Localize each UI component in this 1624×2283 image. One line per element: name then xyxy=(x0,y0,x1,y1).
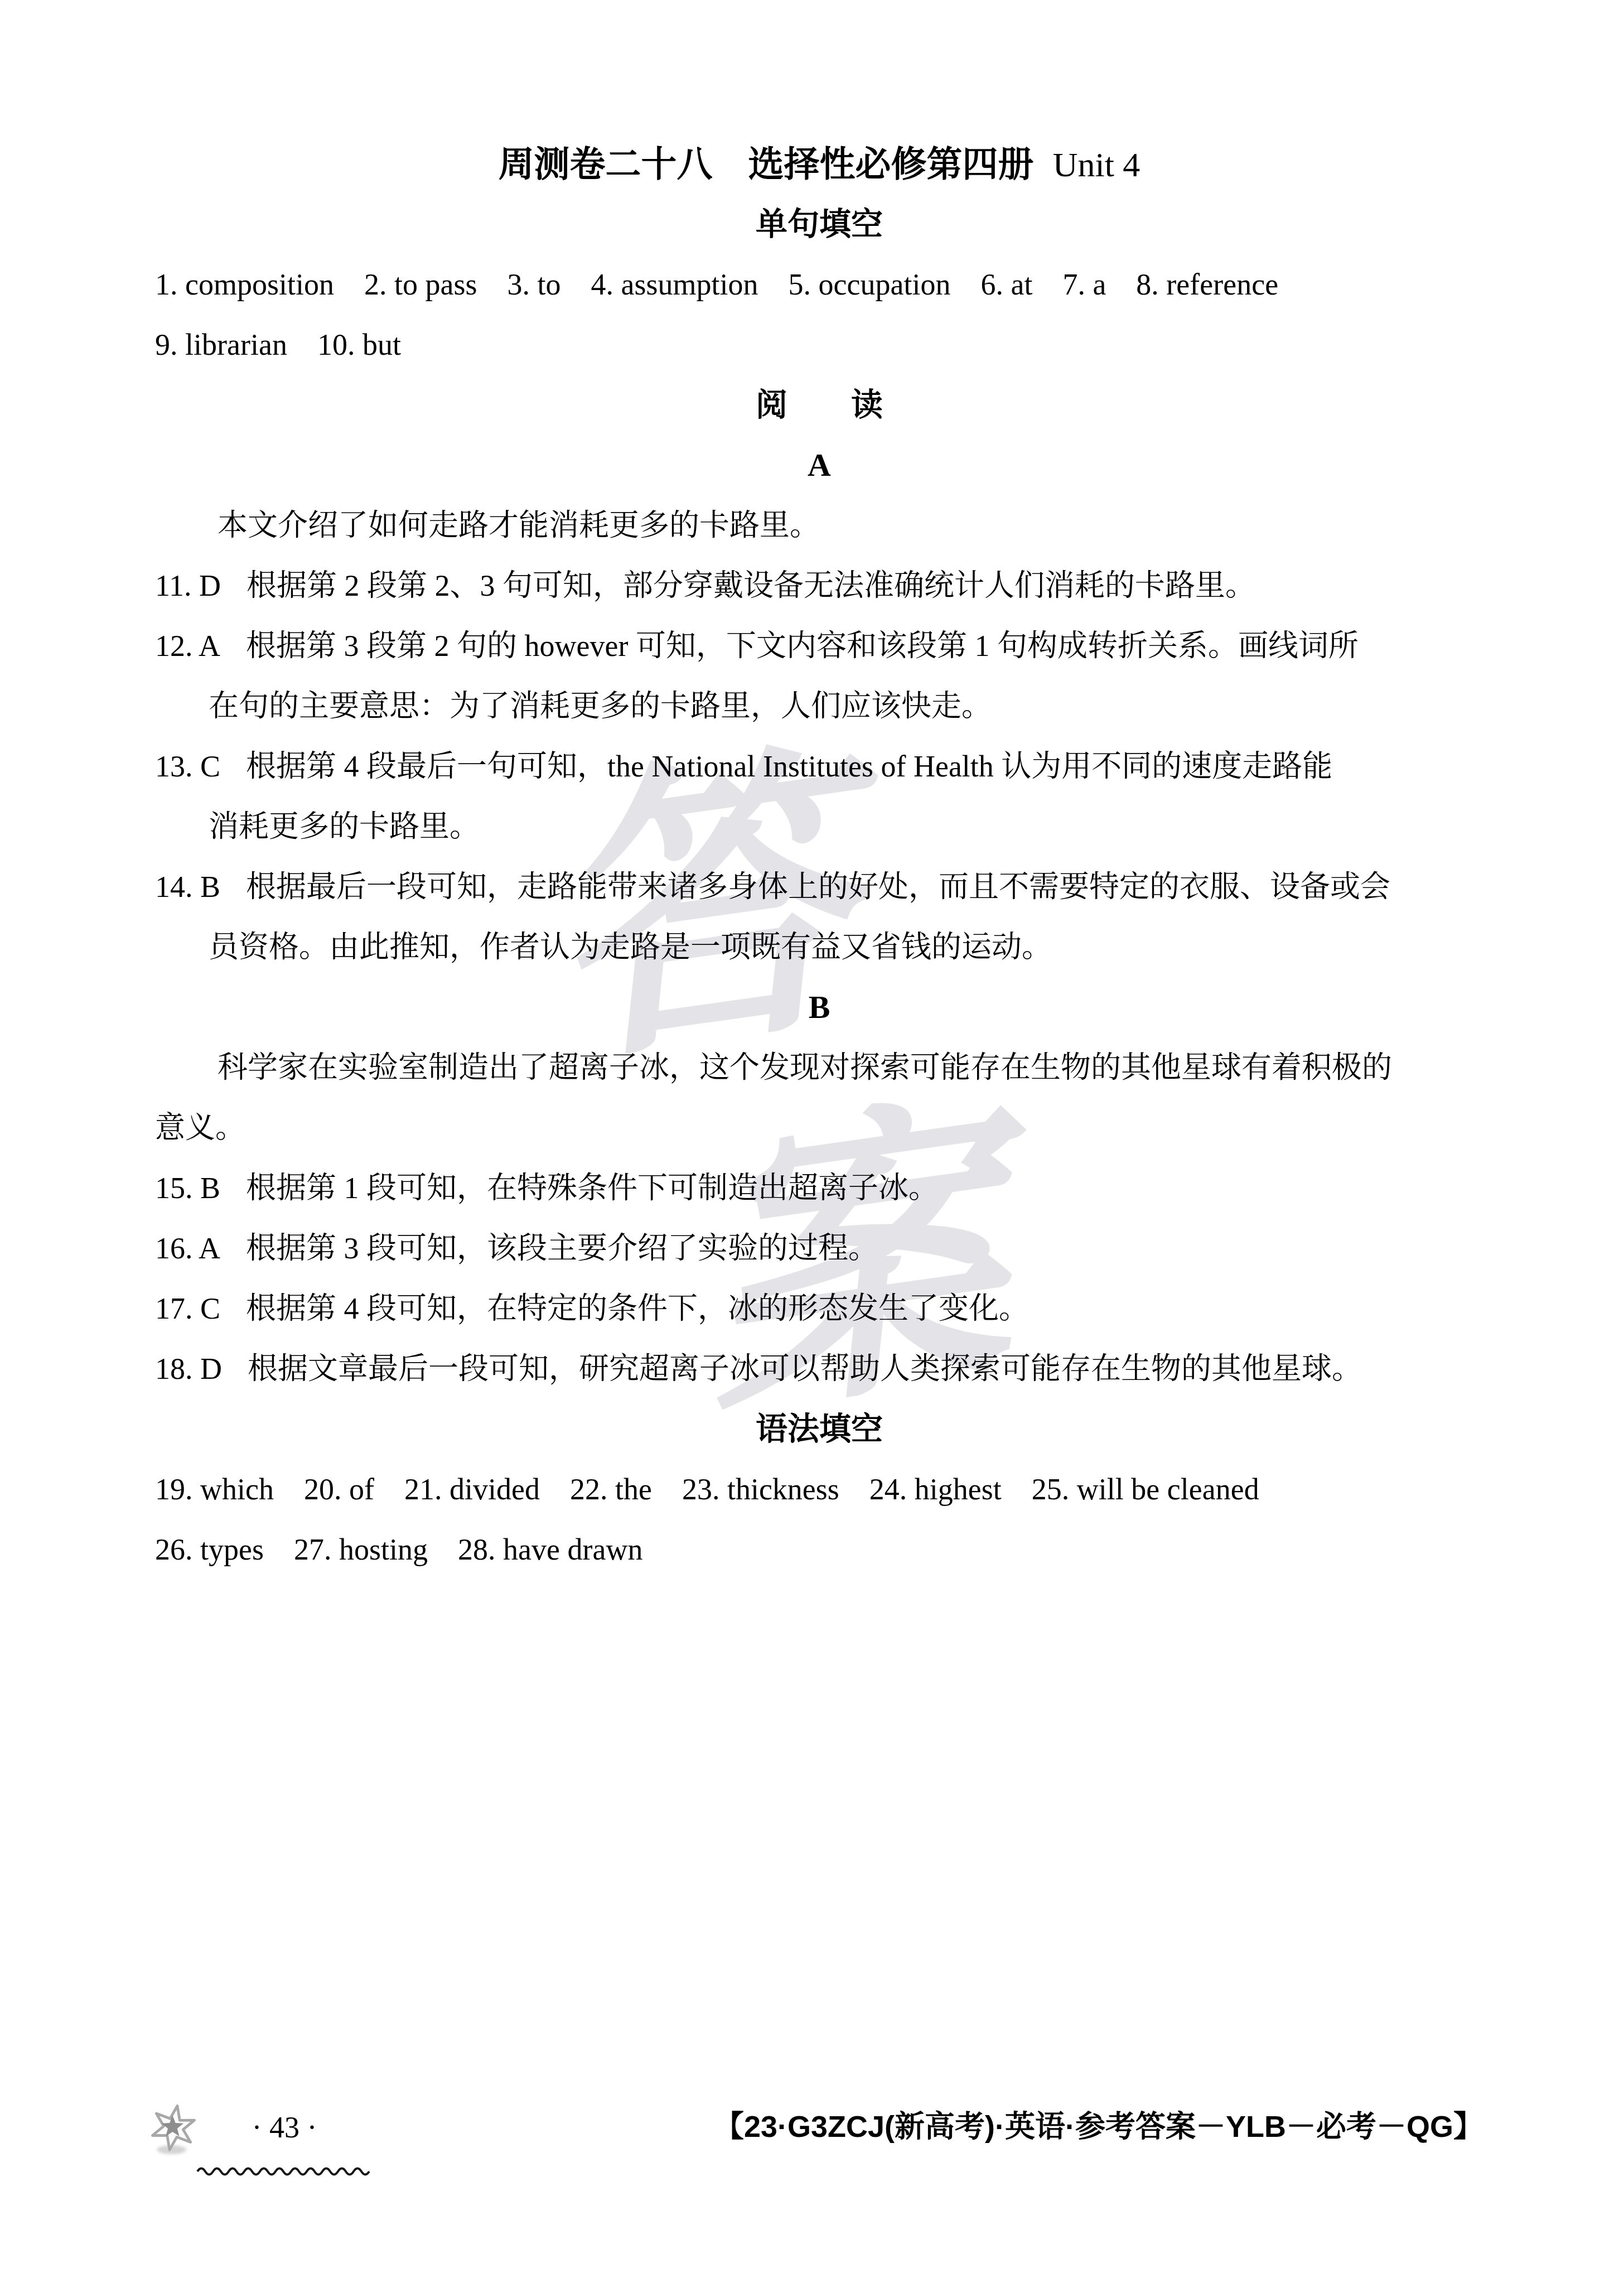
answer-12-explanation-continued: 在句的主要意思：为了消耗更多的卡路里，人们应该快走。 xyxy=(155,676,1483,736)
section-heading-sentence-fill: 单句填空 xyxy=(155,194,1483,254)
page-title-cn: 周测卷二十八 选择性必修第四册 xyxy=(499,144,1034,184)
answer-18-number: 18. D xyxy=(155,1352,222,1386)
answer-12-number: 12. A xyxy=(155,629,220,663)
edition-imprint: 【23·G3ZCJ(新高考)·英语·参考答案－YLB－必考－QG】 xyxy=(714,2108,1483,2145)
answer-12-explanation: 根据第 3 段第 2 句的 however 可知，下文内容和该段第 1 句构成转… xyxy=(246,629,1359,663)
answer-11-explanation: 根据第 2 段第 2、3 句可知，部分穿戴设备无法准确统计人们消耗的卡路里。 xyxy=(246,569,1255,602)
passage-a-summary: 本文介绍了如何走路才能消耗更多的卡路里。 xyxy=(155,495,1483,556)
answer-14-explanation-continued: 员资格。由此推知，作者认为走路是一项既有益又省钱的运动。 xyxy=(155,917,1483,977)
answer-item-17: 17. C根据第 4 段可知，在特定的条件下，冰的形态发生了变化。 xyxy=(155,1278,1483,1339)
wavy-underline xyxy=(196,2162,378,2178)
page-title-en: Unit 4 xyxy=(1053,146,1140,184)
answer-14-number: 14. B xyxy=(155,870,220,904)
passage-b-label: B xyxy=(155,977,1483,1037)
page-title: 周测卷二十八 选择性必修第四册Unit 4 xyxy=(155,134,1483,194)
wavy-line-path xyxy=(197,2169,369,2175)
answer-11-number: 11. D xyxy=(155,569,221,602)
section-heading-reading: 阅 读 xyxy=(155,375,1483,435)
answer-15-explanation: 根据第 1 段可知，在特殊条件下可制造出超离子冰。 xyxy=(246,1171,939,1205)
answer-14-explanation: 根据最后一段可知，走路能带来诸多身体上的好处，而且不需要特定的衣服、设备或会 xyxy=(246,870,1390,904)
answer-17-explanation: 根据第 4 段可知，在特定的条件下，冰的形态发生了变化。 xyxy=(246,1292,1029,1325)
passage-b-summary-continued: 意义。 xyxy=(155,1098,1483,1158)
page-number: · 43 · xyxy=(211,2110,358,2145)
answer-13-explanation-continued: 消耗更多的卡路里。 xyxy=(155,797,1483,857)
answer-16-number: 16. A xyxy=(155,1232,220,1265)
passage-a-label: A xyxy=(155,435,1483,495)
answer-13-number: 13. C xyxy=(155,750,220,783)
answer-18-explanation: 根据文章最后一段可知，研究超离子冰可以帮助人类探索可能存在生物的其他星球。 xyxy=(248,1352,1362,1386)
answer-16-explanation: 根据第 3 段可知，该段主要介绍了实验的过程。 xyxy=(246,1232,878,1265)
grammar-answers-line-1: 19. which 20. of 21. divided 22. the 23.… xyxy=(155,1459,1483,1519)
answer-item-14: 14. B根据最后一段可知，走路能带来诸多身体上的好处，而且不需要特定的衣服、设… xyxy=(155,857,1483,917)
answer-item-11: 11. D根据第 2 段第 2、3 句可知，部分穿戴设备无法准确统计人们消耗的卡… xyxy=(155,556,1483,616)
section-heading-grammar: 语法填空 xyxy=(155,1399,1483,1459)
sentence-fill-answers-line-2: 9. librarian 10. but xyxy=(155,315,1483,375)
grammar-answers-line-2: 26. types 27. hosting 28. have drawn xyxy=(155,1519,1483,1580)
answer-item-18: 18. D根据文章最后一段可知，研究超离子冰可以帮助人类探索可能存在生物的其他星… xyxy=(155,1339,1483,1399)
answer-key-page: 答 案 周测卷二十八 选择性必修第四册Unit 4 单句填空 1. compos… xyxy=(0,0,1624,2283)
answer-item-12: 12. A根据第 3 段第 2 句的 however 可知，下文内容和该段第 1… xyxy=(155,616,1483,676)
starburst-icon xyxy=(151,2103,196,2156)
sentence-fill-answers-line-1: 1. composition 2. to pass 3. to 4. assum… xyxy=(155,254,1483,315)
answer-item-13: 13. C根据第 4 段最后一句可知，the National Institut… xyxy=(155,736,1483,797)
answer-17-number: 17. C xyxy=(155,1292,220,1325)
answer-15-number: 15. B xyxy=(155,1171,220,1205)
answer-13-explanation: 根据第 4 段最后一句可知，the National Institutes of… xyxy=(246,750,1332,783)
answer-item-16: 16. A根据第 3 段可知，该段主要介绍了实验的过程。 xyxy=(155,1218,1483,1278)
answer-item-15: 15. B根据第 1 段可知，在特殊条件下可制造出超离子冰。 xyxy=(155,1158,1483,1218)
content: 周测卷二十八 选择性必修第四册Unit 4 单句填空 1. compositio… xyxy=(155,134,1483,1580)
passage-b-summary: 科学家在实验室制造出了超离子冰，这个发现对探索可能存在生物的其他星球有着积极的 xyxy=(155,1037,1483,1098)
